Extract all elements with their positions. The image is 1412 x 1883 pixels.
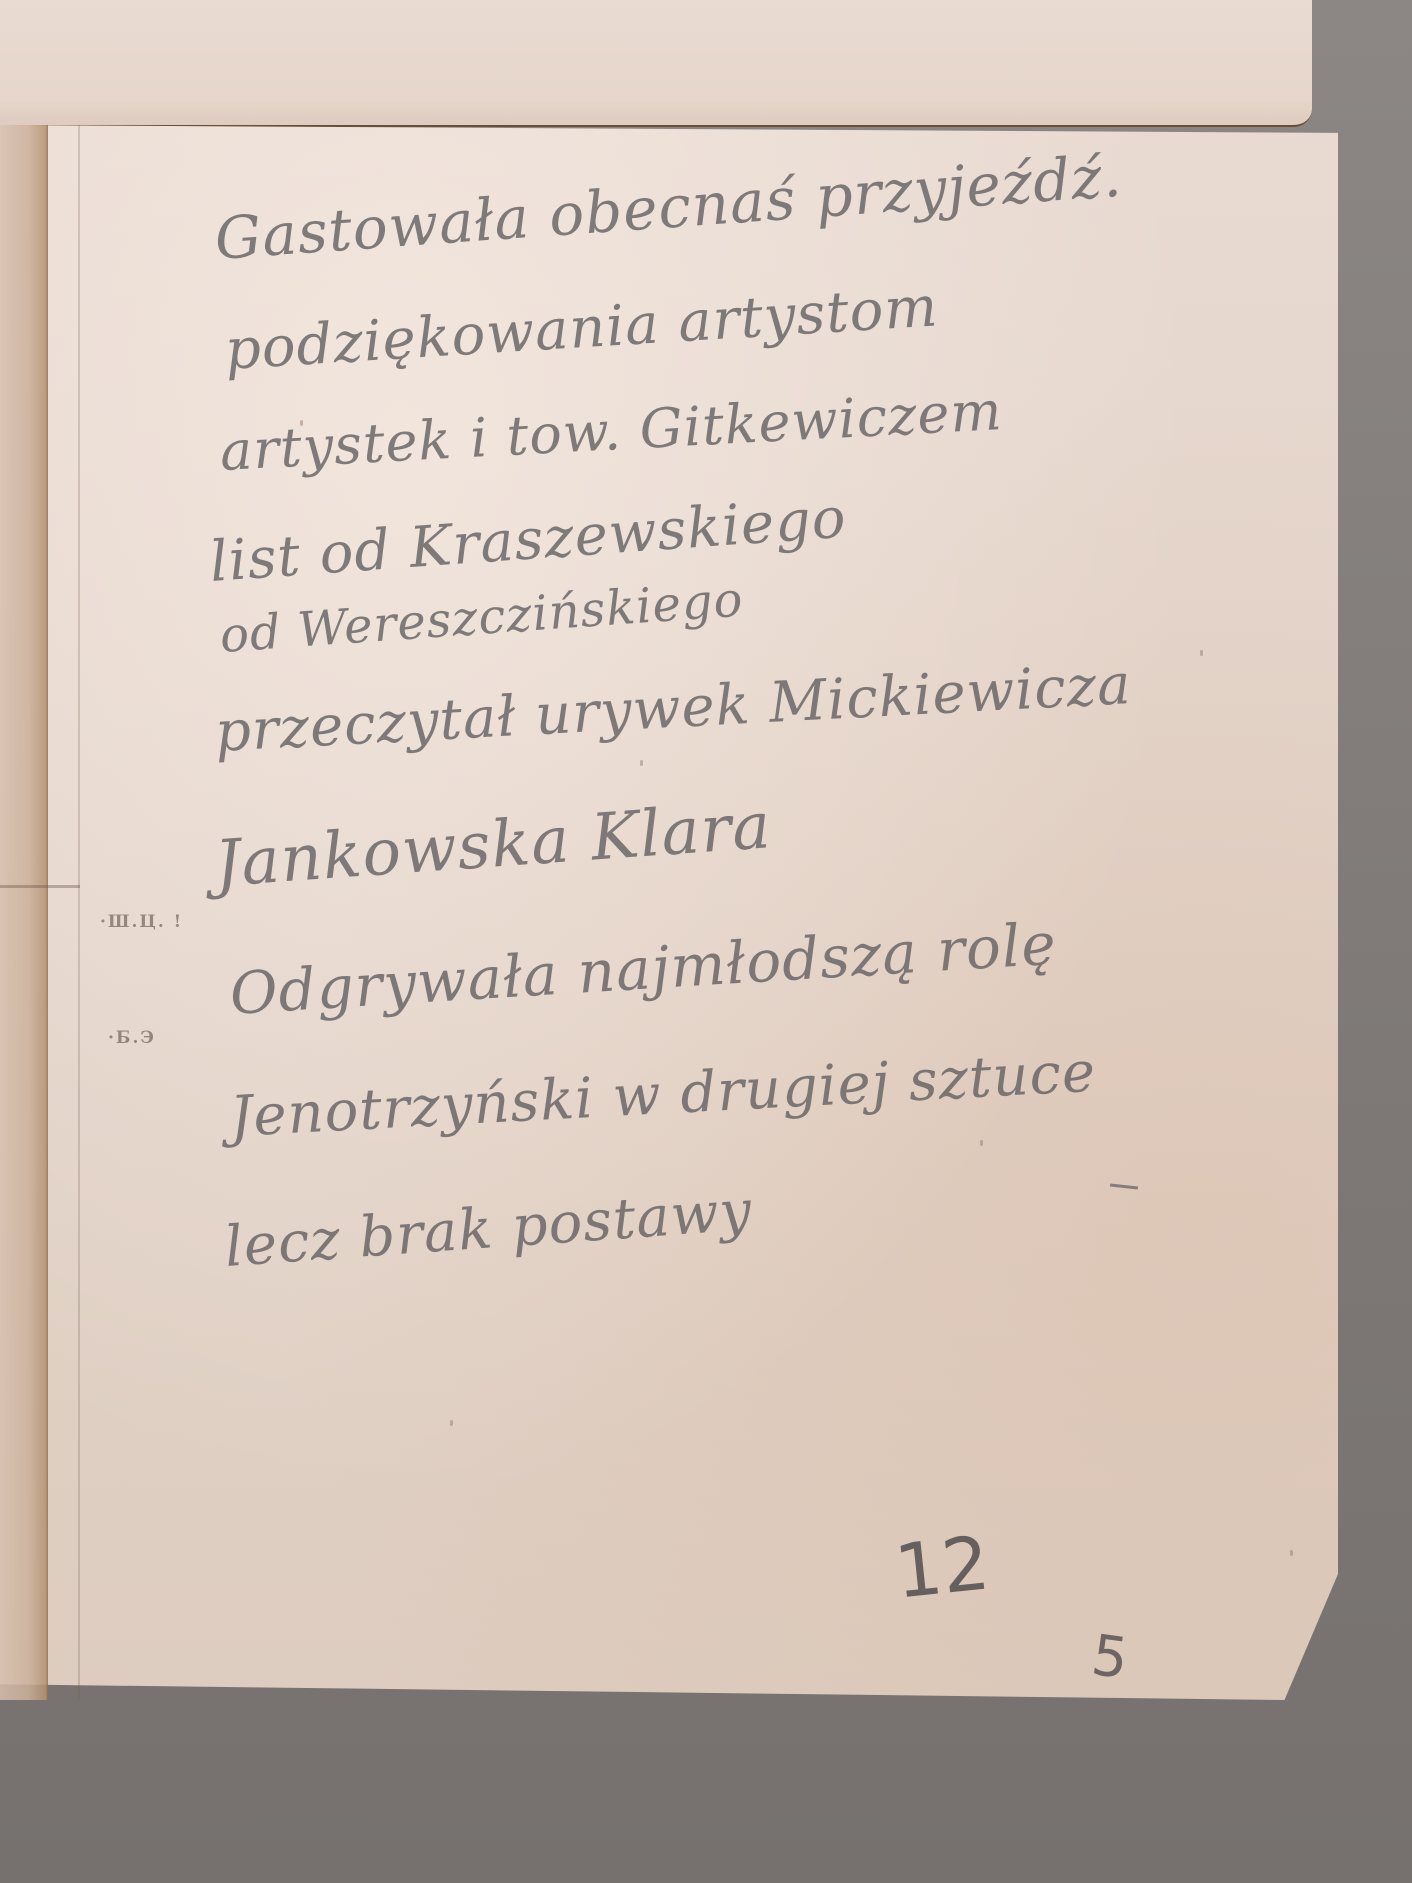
page-number: 12	[891, 1520, 994, 1615]
paper-speck	[980, 1140, 983, 1146]
handwritten-line: podziękowania artystom	[223, 274, 940, 382]
handwritten-text-block: Gastowała obecnaś przyjeźdź. podziękowan…	[0, 0, 1412, 1883]
trailing-dash	[1110, 1184, 1138, 1190]
handwritten-line: lecz brak postawy	[223, 1178, 754, 1280]
paper-speck	[1200, 650, 1203, 656]
paper-speck	[1290, 1550, 1293, 1556]
paper-speck	[640, 760, 643, 766]
handwritten-line: Jankowska Klara	[212, 789, 773, 902]
paper-speck	[300, 420, 303, 426]
handwritten-line: list od Kraszewskiego	[208, 486, 849, 595]
handwritten-line: przeczytał urywek Mickiewicza	[213, 652, 1133, 765]
paper-speck	[450, 1420, 453, 1426]
handwritten-line: artystek i tow. Gitkewiczem	[218, 379, 1004, 483]
handwritten-line: Jenotrzyński w drugiej sztuce	[228, 1040, 1097, 1150]
handwritten-line: Gastowała obecnaś przyjeźdź.	[213, 142, 1125, 273]
handwritten-line: Odgrywała najmłodszą rolę	[228, 910, 1059, 1028]
